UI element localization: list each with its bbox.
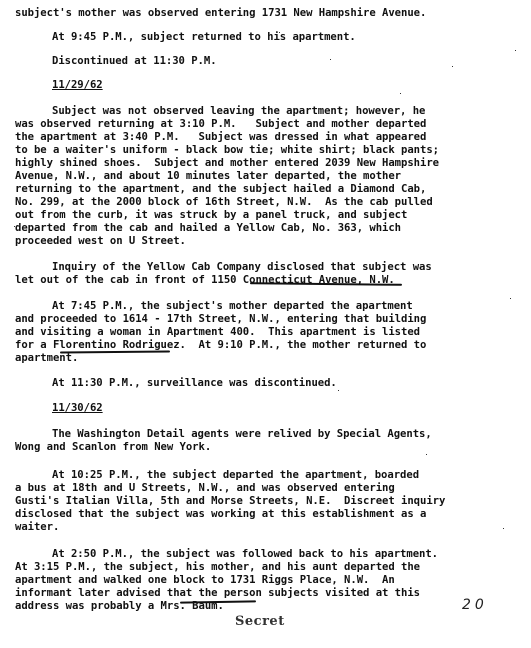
handwritten-page-mark: 20 <box>462 597 488 613</box>
text-line: No. 299, at the 2000 block of 16th Stree… <box>15 196 433 209</box>
text-line: Gusti's Italian Villa, 5th and Morse Str… <box>15 495 445 508</box>
text-line: the apartment at 3:40 P.M. Subject was d… <box>15 131 426 144</box>
text-line: Discontinued at 11:30 P.M. <box>52 55 217 68</box>
text-line: At 11:30 P.M., surveillance was disconti… <box>52 377 337 390</box>
text-line: to be a waiter's uniform - black bow tie… <box>15 144 439 157</box>
scan-speck <box>330 59 331 60</box>
text-line: and visiting a woman in Apartment 400. T… <box>15 326 420 339</box>
text-line: was observed returning at 3:10 P.M. Subj… <box>15 118 426 131</box>
scan-speck <box>515 50 516 51</box>
text-line: returning to the apartment, and the subj… <box>15 183 426 196</box>
text-line: At 3:15 P.M., the subject, his mother, a… <box>15 561 420 574</box>
text-line: Avenue, N.W., and about 10 minutes later… <box>15 170 401 183</box>
scan-speck <box>452 66 453 67</box>
text-line: disclosed that the subject was working a… <box>15 508 426 521</box>
text-line: Subject was not observed leaving the apa… <box>52 105 425 118</box>
text-line: waiter. <box>15 521 59 534</box>
date-heading: 11/30/62 <box>52 402 103 415</box>
classification-stamp: Secret <box>235 614 285 629</box>
scan-speck <box>503 528 504 529</box>
text-line: At 2:50 P.M., the subject was followed b… <box>52 548 438 561</box>
scan-speck <box>510 298 511 299</box>
scan-speck <box>338 390 339 391</box>
text-line: Wong and Scanlon from New York. <box>15 441 211 454</box>
handwritten-underline-rodriguez <box>60 351 170 353</box>
text-line: a bus at 18th and U Streets, N.W., and w… <box>15 482 395 495</box>
text-line: At 9:45 P.M., subject returned to his ap… <box>52 31 356 44</box>
scan-speck <box>279 32 280 33</box>
scan-speck <box>14 226 15 227</box>
text-line: At 10:25 P.M., the subject departed the … <box>52 469 419 482</box>
text-line: subject's mother was observed entering 1… <box>15 7 426 20</box>
date-heading: 11/29/62 <box>52 79 103 92</box>
text-line: Inquiry of the Yellow Cab Company disclo… <box>52 261 432 274</box>
text-line: out from the curb, it was struck by a pa… <box>15 209 407 222</box>
text-line: highly shined shoes. Subject and mother … <box>15 157 439 170</box>
text-line: apartment and walked one block to 1731 R… <box>15 574 395 587</box>
text-line: and proceeded to 1614 - 17th Street, N.W… <box>15 313 426 326</box>
text-line: departed from the cab and hailed a Yello… <box>15 222 401 235</box>
scan-speck <box>426 454 427 455</box>
text-line: At 7:45 P.M., the subject's mother depar… <box>52 300 413 313</box>
scan-speck <box>400 93 401 94</box>
text-line: informant later advised that the person … <box>15 587 420 600</box>
text-line: apartment. <box>15 352 78 365</box>
document-page: subject's mother was observed entering 1… <box>0 0 531 648</box>
text-line: for a Florentino Rodriguez. At 9:10 P.M.… <box>15 339 426 352</box>
text-line: proceeded west on U Street. <box>15 235 186 248</box>
text-line: The Washington Detail agents were relive… <box>52 428 432 441</box>
